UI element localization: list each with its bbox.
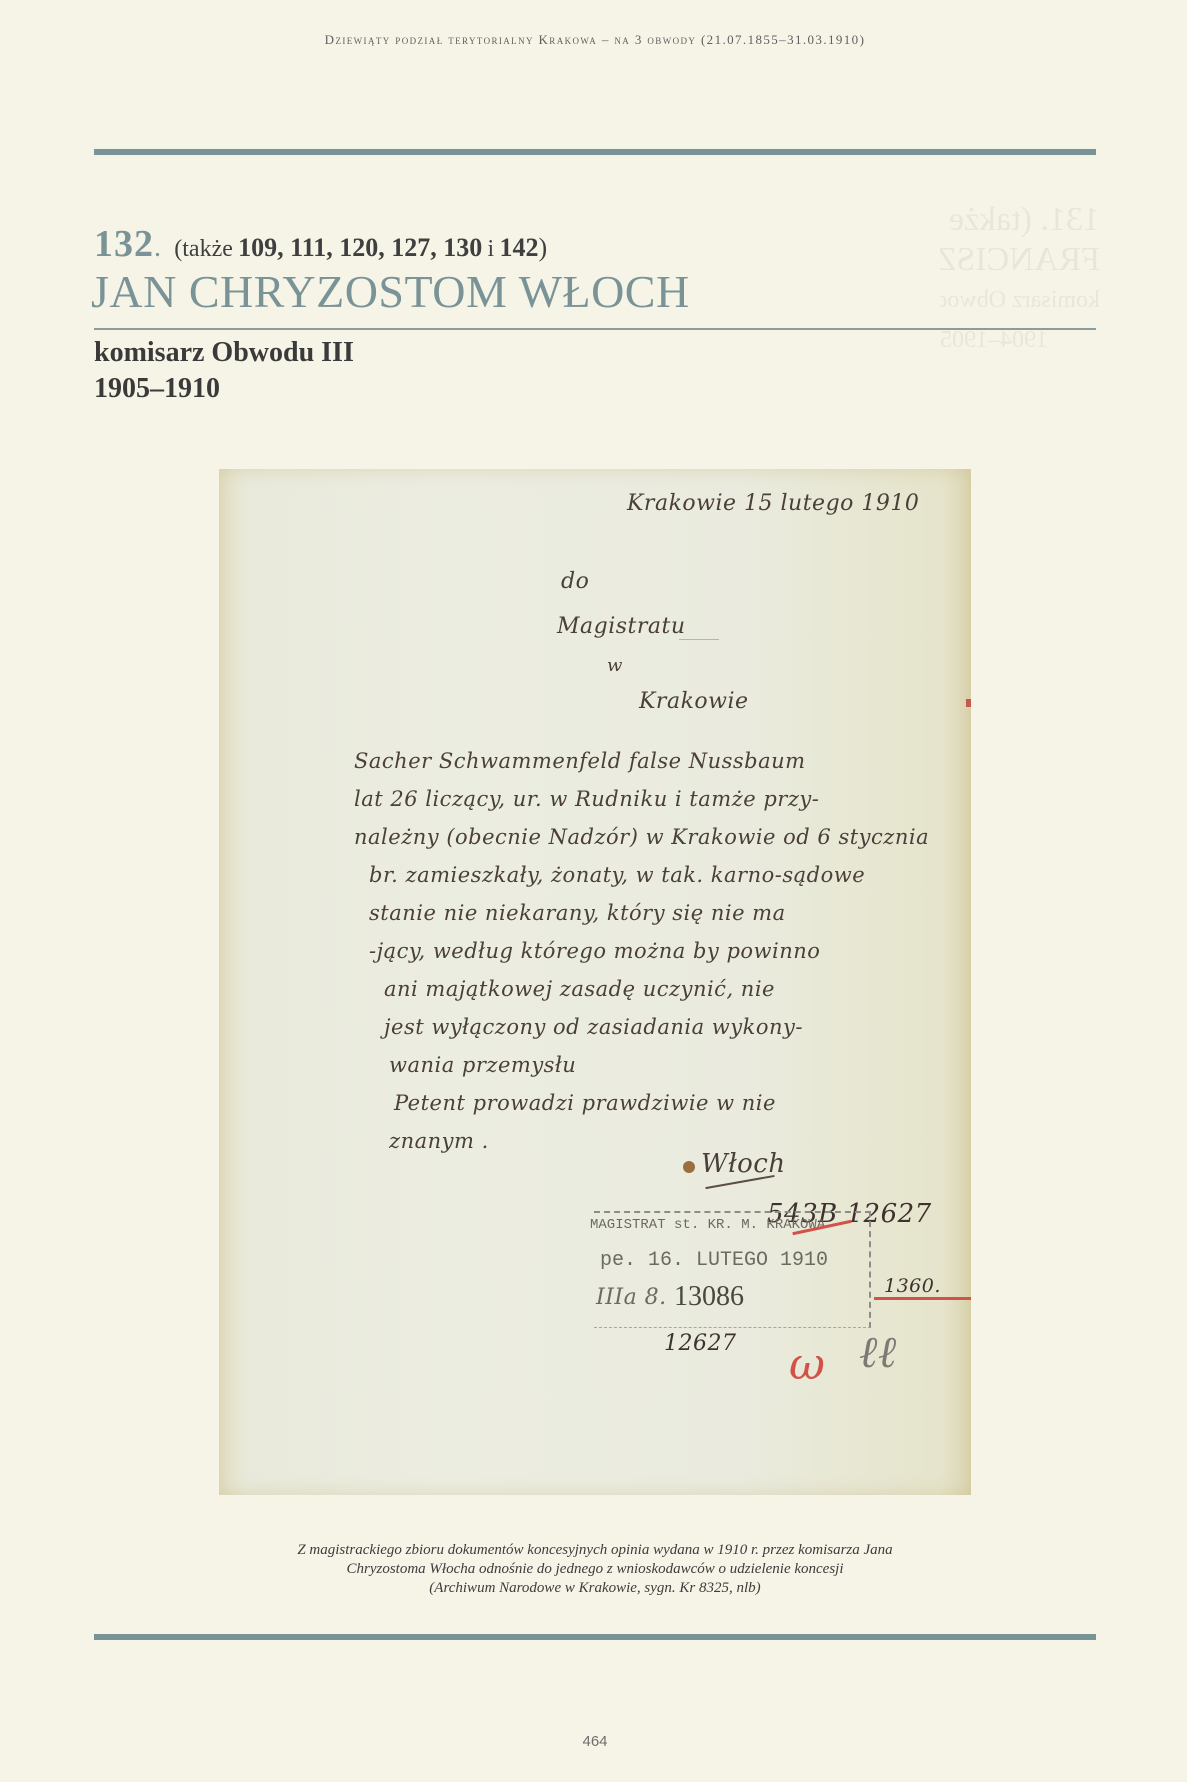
body-line: Sacher Schwammenfeld false Nussbaum [354,749,806,773]
body-line: ani majątkowej zasadę uczynić, nie [384,977,775,1001]
handwritten-ref-bottom: 12627 [664,1331,737,1356]
name-rule [94,328,1096,330]
magistrate-stamp: MAGISTRAT st. KR. M. KRAKOWA pe. 16. LUT… [594,1211,871,1328]
bleed-line: FRANCISZEK GÓ [940,240,1100,280]
also-last-ref: 142 [499,233,538,262]
body-line: należny (obecnie Nadzór) w Krakowie od 6… [354,825,929,849]
pencil-initials: ℓℓ [859,1327,897,1378]
entry-number: 132 [94,223,154,265]
stamp-number: 13086 [674,1281,744,1313]
red-pencil-initials: ω [789,1339,825,1390]
also-label: (także [174,236,233,262]
body-line: -jący, według którego można by powinno [369,939,820,963]
bleed-line: 131. (także 108, 110, 112, 12 [940,200,1100,240]
red-edge-mark [966,699,971,707]
caption-line-3: (Archiwum Narodowe w Krakowie, sygn. Kr … [180,1579,1010,1598]
stamp-line-2: pe. 16. LUTEGO 1910 [600,1249,828,1272]
body-line: wania przemysłu [389,1053,576,1077]
page-number: 464 [0,1733,1187,1750]
also-conj: i [488,236,495,262]
person-name: JAN CHRYZOSTOM WŁOCH [91,265,690,318]
handwritten-do: do [561,569,589,594]
bleed-line: 1904–1905 [940,320,1100,360]
bleed-line: komisarz Obwodu III [940,280,1100,320]
body-line: br. zamieszkały, żonaty, w tak. karno-są… [369,863,865,887]
handwritten-krakow: Krakowie [639,689,749,714]
entry-heading: 132. (także 109, 111, 120, 127, 130 i 14… [94,222,547,266]
ink-blot [683,1161,695,1173]
also-refs: 109, 111, 120, 127, 130 [238,233,482,262]
bleed-through-text: 131. (także 108, 110, 112, 12 FRANCISZEK… [940,200,1100,360]
body-line: stanie nie niekarany, który się nie ma [369,901,786,925]
caption-line-2: Chryzostoma Włocha odnośnie do jednego z… [180,1560,1010,1579]
document-photo: Krakowie 15 lutego 1910 do Magistratu w … [219,469,971,1495]
stamp-line-1: MAGISTRAT st. KR. M. KRAKOWA [590,1217,825,1233]
caption-line-1: Z magistrackiego zbioru dokumentów konce… [180,1541,1010,1560]
body-line: jest wyłączony od zasiadania wykony- [384,1015,803,1039]
top-rule [94,149,1096,155]
body-line: znanym . [389,1129,489,1153]
role-title: komisarz Obwodu III [94,337,354,369]
term-years: 1905–1910 [94,373,220,405]
running-header: Dziewiąty podział terytorialny Krakowa –… [0,32,1187,48]
handwritten-date: Krakowie 15 lutego 1910 [627,491,919,516]
entry-number-dot: . [154,232,161,263]
handwritten-w: w [607,655,623,676]
also-close: ) [538,233,547,262]
body-line: lat 26 liczący, ur. w Rudniku i tamże pr… [354,787,819,811]
red-pencil-underline [874,1297,971,1300]
underline-mark [679,639,719,640]
figure-caption: Z magistrackiego zbioru dokumentów konce… [180,1541,1010,1598]
handwritten-magistrate: Magistratu [557,614,686,639]
handwritten-ref-side: 1360. [884,1275,941,1297]
body-line: Petent prowadzi prawdziwie w nie [394,1091,776,1115]
bottom-rule [94,1634,1096,1640]
stamp-prefix: IIIa 8. [596,1285,667,1310]
